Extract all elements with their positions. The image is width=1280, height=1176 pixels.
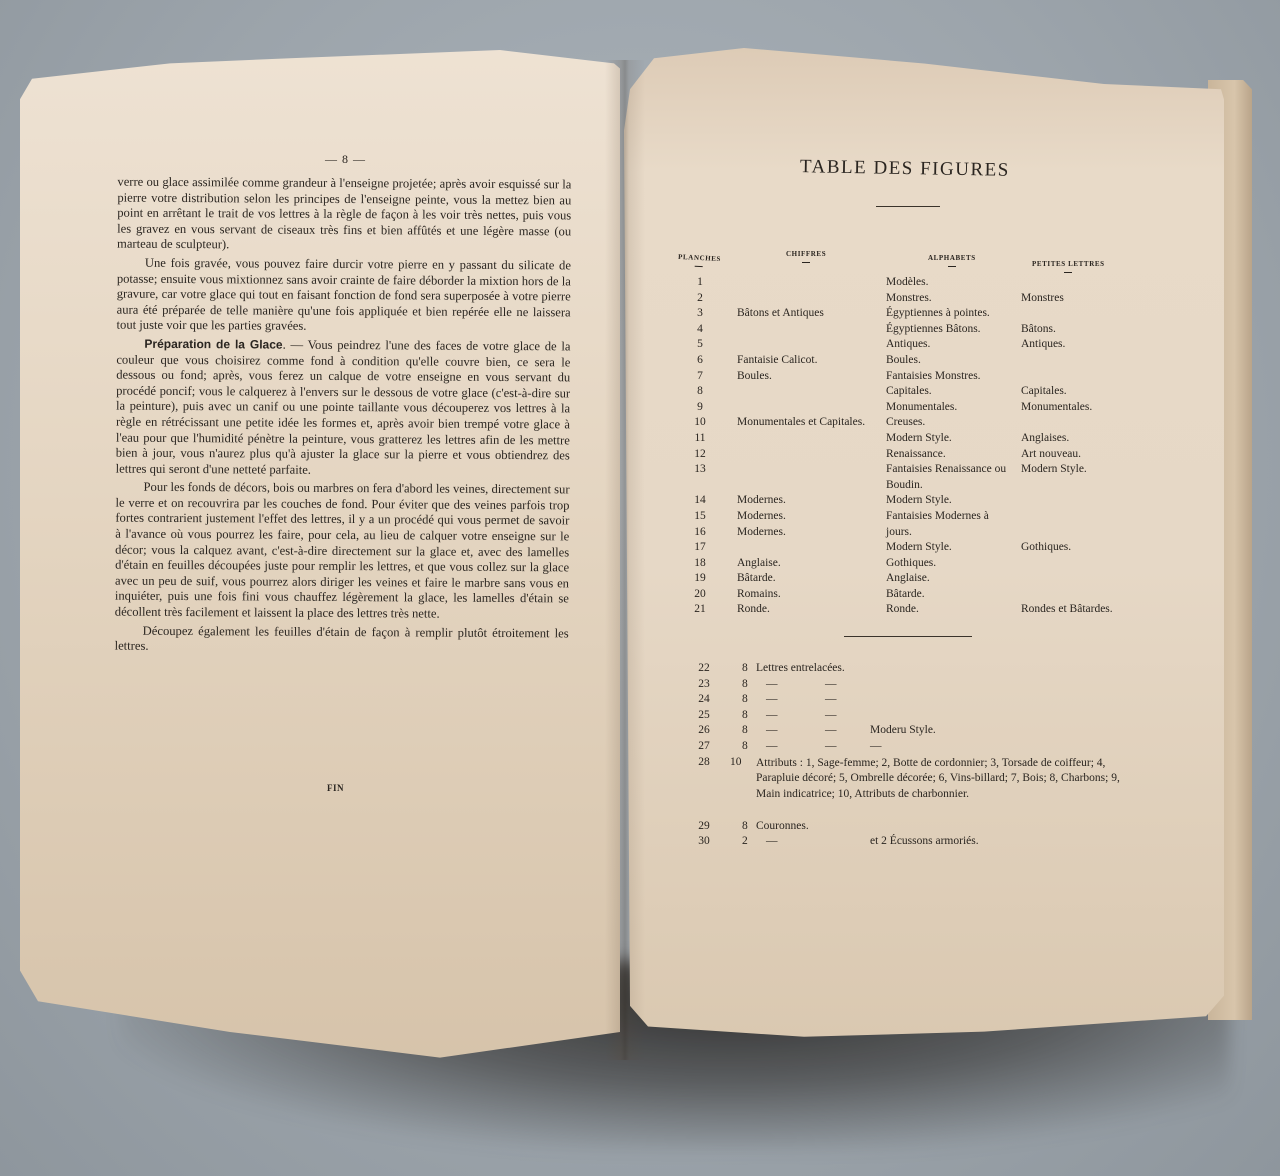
paragraph: verre ou glace assimilée comme grandeur … [117,175,571,256]
ditto-mark: — [825,740,837,752]
table-row: 278——— [690,740,1140,756]
table-row: 10Monumentales et Capitales.Creuses. [680,416,1120,432]
planche-number: 6 [680,354,720,366]
planche-number: 1 [680,276,720,288]
ditto-mark: — [766,835,778,847]
ditto-mark: — [766,724,778,736]
ditto-mark: — [825,693,837,705]
chiffres-cell: Modernes. [737,526,786,538]
planche-number: 16 [680,526,720,538]
table-row: 21Ronde.Ronde.Rondes et Bâtardes. [680,603,1120,619]
planche-number: 8 [680,385,720,397]
figure-count: 8 [742,709,748,721]
paragraph: Pour les fonds de décors, bois ou marbre… [115,480,570,623]
paragraph-text: . — Vous peindrez l'une des faces de vot… [116,338,571,477]
petites-lettres-cell: Antiques. [1021,338,1065,350]
planche-number: 9 [680,401,720,413]
petites-lettres-cell: Monstres [1021,292,1064,304]
planche-number: 26 [690,724,718,736]
alphabets-cell: Monumentales. [886,401,957,413]
planche-number: 20 [680,588,720,600]
planche-number: 28 [690,756,718,768]
alphabets-cell: Gothiques. [886,557,936,569]
figure-extra: — [870,740,882,752]
planche-number: 19 [680,572,720,584]
section-heading: Préparation de la Glace [144,337,282,352]
figure-count: 8 [742,724,748,736]
table-row: 248—— [690,693,1140,709]
chiffres-cell: Fantaisie Calicot. [737,354,817,366]
ditto-mark: — [766,709,778,721]
paragraph-preparation: Préparation de la Glace. — Vous peindrez… [116,337,571,480]
ditto-mark: — [825,724,837,736]
alphabets-cell: Égyptiennes à pointes. [886,307,990,319]
alphabets-cell: Renaissance. [886,448,946,460]
ditto-mark: — [825,709,837,721]
ditto-mark: — [766,678,778,690]
chiffres-cell: Romains. [737,588,781,600]
alphabets-cell: Ronde. [886,603,919,615]
planche-number: 24 [690,693,718,705]
table-row: 258—— [690,709,1140,725]
chiffres-cell: Bâtarde. [737,572,776,584]
table-row: 268——Moderu Style. [690,724,1140,740]
column-header-alphabets: ALPHABETS [928,254,976,267]
paragraph: Découpez également les feuilles d'étain … [115,623,569,657]
chiffres-cell: Bâtons et Antiques [737,307,824,319]
table-row: 7Boules.Fantaisies Monstres. [680,370,1120,386]
alphabets-cell: jours. [886,526,912,538]
table-row: 16Modernes. jours. [680,526,1120,542]
alphabets-cell: Fantaisies Renaissance ou [886,463,1006,475]
column-header-chiffres: CHIFFRES [786,250,826,263]
ditto-mark: — [766,740,778,752]
alphabets-cell: Modern Style. [886,494,952,506]
petites-lettres-cell: Bâtons. [1021,323,1056,335]
petites-lettres-cell: Art nouveau. [1021,448,1081,460]
page-title: TABLE DES FIGURES [800,156,1010,182]
planche-number: 25 [690,709,718,721]
planche-number: 22 [690,662,718,674]
table-row: 6Fantaisie Calicot.Boules. [680,354,1120,370]
alphabets-cell: Modern Style. [886,432,952,444]
planche-number: 30 [690,835,718,847]
ditto-mark: — [825,678,837,690]
table-row: 228Lettres entrelacées. [690,662,1140,678]
alphabets-cell: Modern Style. [886,541,952,553]
figure-count: 10 [730,756,742,768]
alphabets-cell: Égyptiennes Bâtons. [886,323,981,335]
table-row: Boudin. [680,479,1120,495]
figures-table-supplement: 228Lettres entrelacées.238——248——258——26… [690,662,1140,851]
paragraph: Une fois gravée, vous pouvez faire durci… [117,256,571,337]
alphabets-cell: Fantaisies Monstres. [886,370,981,382]
planche-number: 3 [680,307,720,319]
table-row: 298Couronnes. [690,820,1140,836]
table-row: 238—— [690,678,1140,694]
chiffres-cell: Modernes. [737,510,786,522]
planche-number: 18 [680,557,720,569]
planche-number: 23 [690,678,718,690]
page-number: — 8 — [325,152,366,167]
figures-table: 1Modèles.2Monstres.Monstres3Bâtons et An… [680,276,1120,619]
end-mark: FIN [327,783,344,793]
planche-number: 21 [680,603,720,615]
figure-count: 8 [742,820,748,832]
chiffres-cell: Monumentales et Capitales. [737,416,865,428]
petites-lettres-cell: Capitales. [1021,385,1067,397]
alphabets-cell: Fantaisies Modernes à [886,510,989,522]
petites-lettres-cell: Monumentales. [1021,401,1092,413]
table-row: 18Anglaise.Gothiques. [680,557,1120,573]
planche-number: 27 [690,740,718,752]
table-row: 2810Attributs : 1, Sage-femme; 2, Botte … [690,756,1140,820]
alphabets-cell: Boules. [886,354,921,366]
table-row: 3Bâtons et AntiquesÉgyptiennes à pointes… [680,307,1120,323]
figure-description: Lettres entrelacées. [756,662,845,674]
table-row: 12Renaissance.Art nouveau. [680,448,1120,464]
table-row: 1Modèles. [680,276,1120,292]
chiffres-cell: Modernes. [737,494,786,506]
planche-number: 10 [680,416,720,428]
figure-count: 8 [742,740,748,752]
chiffres-cell: Anglaise. [737,557,781,569]
table-row: 2Monstres.Monstres [680,292,1120,308]
figure-count: 8 [742,662,748,674]
chiffres-cell: Boules. [737,370,772,382]
table-row: 17Modern Style.Gothiques. [680,541,1120,557]
planche-number: 13 [680,463,720,475]
left-page-body: verre ou glace assimilée comme grandeur … [115,175,572,661]
planche-number: 12 [680,448,720,460]
petites-lettres-cell: Rondes et Bâtardes. [1021,603,1113,615]
planche-number: 7 [680,370,720,382]
ditto-mark: — [766,693,778,705]
figure-extra: et 2 Écussons armoriés. [870,835,979,847]
table-row: 13Fantaisies Renaissance ouModern Style. [680,463,1120,479]
alphabets-cell: Bâtarde. [886,588,925,600]
table-row: 11Modern Style.Anglaises. [680,432,1120,448]
planche-number: 4 [680,323,720,335]
planche-number: 2 [680,292,720,304]
table-row: 15Modernes.Fantaisies Modernes à [680,510,1120,526]
planche-number: 17 [680,541,720,553]
figure-description: Couronnes. [756,820,809,832]
alphabets-cell: Boudin. [886,479,923,491]
table-row: 9Monumentales.Monumentales. [680,401,1120,417]
table-row: 5Antiques.Antiques. [680,338,1120,354]
table-row: 19Bâtarde.Anglaise. [680,572,1120,588]
figure-extra: Moderu Style. [870,724,936,736]
title-rule [876,206,940,207]
table-row: 8Capitales.Capitales. [680,385,1120,401]
column-header-planches: PLANCHES [678,253,722,268]
chiffres-cell: Ronde. [737,603,770,615]
figure-count: 8 [742,693,748,705]
alphabets-cell: Monstres. [886,292,932,304]
figure-count: 8 [742,678,748,690]
table-row: 20Romains.Bâtarde. [680,588,1120,604]
alphabets-cell: Antiques. [886,338,930,350]
planche-number: 11 [680,432,720,444]
table-row: 302—et 2 Écussons armoriés. [690,835,1140,851]
petites-lettres-cell: Modern Style. [1021,463,1087,475]
alphabets-cell: Creuses. [886,416,925,428]
table-row: 4Égyptiennes Bâtons.Bâtons. [680,323,1120,339]
alphabets-cell: Modèles. [886,276,928,288]
planche-number: 15 [680,510,720,522]
figure-description: Attributs : 1, Sage-femme; 2, Botte de c… [756,756,1136,803]
planche-number: 5 [680,338,720,350]
book-gutter [605,60,645,1060]
planche-number: 14 [680,494,720,506]
alphabets-cell: Anglaise. [886,572,930,584]
table-row: 14Modernes.Modern Style. [680,494,1120,510]
planche-number: 29 [690,820,718,832]
column-header-petites-lettres: PETITES LETTRES [1032,260,1105,273]
figure-count: 2 [742,835,748,847]
petites-lettres-cell: Gothiques. [1021,541,1071,553]
petites-lettres-cell: Anglaises. [1021,432,1069,444]
section-divider [844,636,972,637]
alphabets-cell: Capitales. [886,385,932,397]
